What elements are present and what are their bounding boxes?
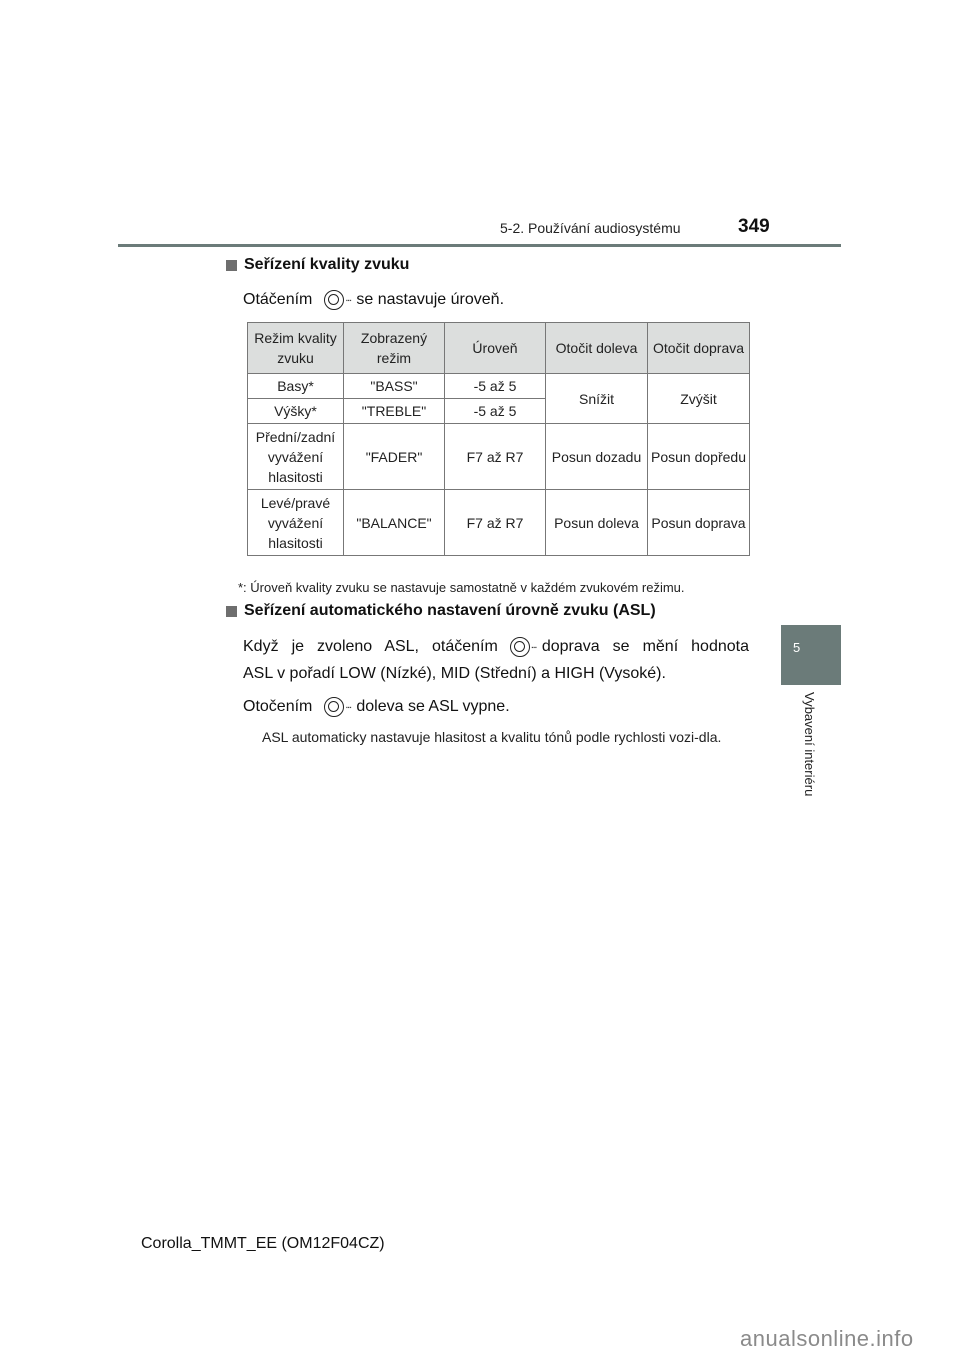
asl-note: ASL automaticky nastavuje hlasitost a kv… [262, 727, 749, 748]
instruction-text: doprava se mění hodnota [542, 638, 749, 655]
chapter-number: 5 [793, 640, 800, 655]
column-header: Zobrazený režim [344, 323, 445, 374]
instruction-text: Otáčením [243, 291, 312, 308]
header-section-title: 5-2. Používání audiosystému [500, 220, 681, 236]
heading-text: Seřízení automatického nastavení úrovně … [244, 602, 656, 620]
table-footnote: *: Úroveň kvality zvuku se nastavuje sam… [238, 580, 685, 595]
cell-mode: Levé/pravé vyvážení hlasitosti [248, 490, 344, 556]
cell-level: F7 až R7 [445, 424, 546, 490]
cell-mode: Basy* [248, 374, 344, 399]
section-heading-sound-quality: Seřízení kvality zvuku [226, 256, 409, 274]
heading-text: Seřízení kvality zvuku [244, 256, 409, 274]
asl-instruction-3: Otočením▪▪▪doleva se ASL vypne. [243, 690, 510, 723]
watermark: anualsonline.info [740, 1326, 914, 1352]
instruction-text: Když je zvoleno ASL, otáčením [243, 638, 498, 655]
cell-right: Posun dopředu [648, 424, 750, 490]
table-row: Levé/pravé vyvážení hlasitosti "BALANCE"… [248, 490, 750, 556]
column-header: Otočit doprava [648, 323, 750, 374]
square-bullet-icon [226, 260, 237, 271]
square-bullet-icon [226, 606, 237, 617]
tune-knob-icon: ▪▪▪ [510, 637, 530, 657]
cell-level: -5 až 5 [445, 374, 546, 399]
tune-knob-icon: ▪▪▪ [324, 290, 344, 310]
chapter-tab: 5 [781, 625, 841, 685]
footer-model-code: Corolla_TMMT_EE (OM12F04CZ) [141, 1235, 385, 1253]
cell-display: "BALANCE" [344, 490, 445, 556]
header-divider [118, 244, 841, 247]
cell-right: Posun doprava [648, 490, 750, 556]
cell-left: Posun dozadu [546, 424, 648, 490]
cell-right: Zvýšit [648, 374, 750, 424]
cell-mode: Výšky* [248, 399, 344, 424]
chapter-title: Vybavení interiéru [802, 692, 817, 796]
instruction-text: Otočením [243, 698, 312, 715]
cell-level: F7 až R7 [445, 490, 546, 556]
cell-left: Snížit [546, 374, 648, 424]
column-header: Úroveň [445, 323, 546, 374]
cell-display: "FADER" [344, 424, 445, 490]
section-heading-asl: Seřízení automatického nastavení úrovně … [226, 602, 656, 620]
tune-knob-icon: ▪▪▪ [324, 697, 344, 717]
page-number: 349 [738, 216, 770, 238]
table-row: Přední/zadní vyvážení hlasitosti "FADER"… [248, 424, 750, 490]
asl-instruction-2: ASL v pořadí LOW (Nízké), MID (Střední) … [243, 657, 666, 690]
cell-left: Posun doleva [546, 490, 648, 556]
column-header: Režim kvality zvuku [248, 323, 344, 374]
instruction-text: se nastavuje úroveň. [356, 291, 504, 308]
cell-display: "BASS" [344, 374, 445, 399]
cell-level: -5 až 5 [445, 399, 546, 424]
sound-quality-table: Režim kvality zvuku Zobrazený režim Úrov… [247, 322, 750, 556]
cell-mode: Přední/zadní vyvážení hlasitosti [248, 424, 344, 490]
sound-quality-instruction: Otáčením▪▪▪se nastavuje úroveň. [243, 283, 504, 316]
table-row: Basy* "BASS" -5 až 5 Snížit Zvýšit [248, 374, 750, 399]
instruction-text: doleva se ASL vypne. [356, 698, 509, 715]
cell-display: "TREBLE" [344, 399, 445, 424]
column-header: Otočit doleva [546, 323, 648, 374]
